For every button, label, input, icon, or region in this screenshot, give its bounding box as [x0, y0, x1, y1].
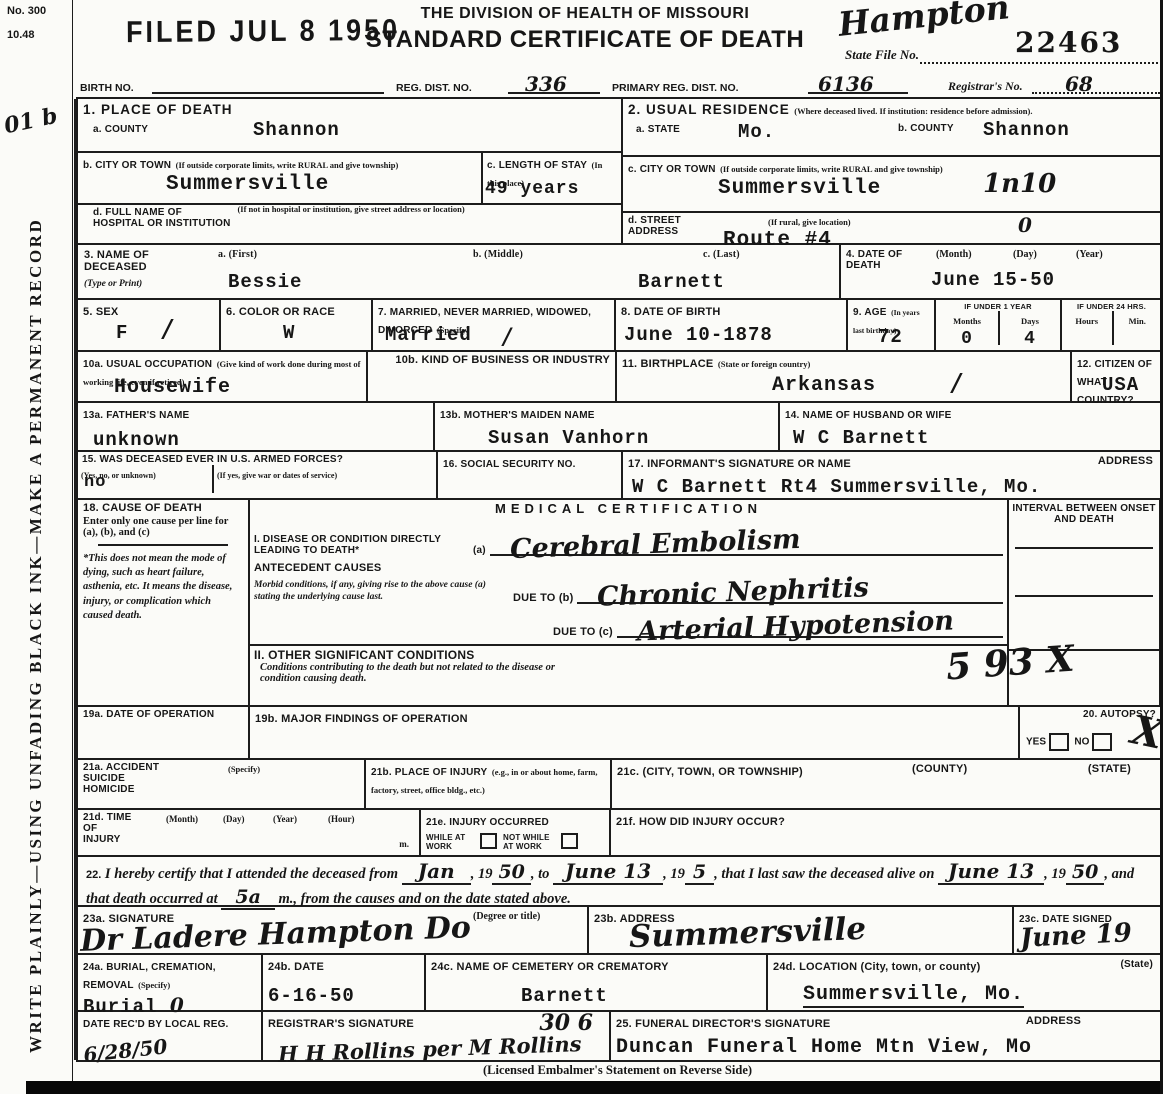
under-day-label: IF UNDER 24 HRS.: [1062, 300, 1161, 311]
row-sex-age: 5. SEX F / 6. COLOR OR RACE W 7. MARRIED…: [78, 300, 1161, 352]
autopsy-yes-label: YES: [1026, 737, 1046, 748]
scan-edge-bar: [26, 1081, 1163, 1094]
disease-a-line: Cerebral Embolism: [490, 554, 1003, 556]
section-burial-kind: 24a. BURIAL, CREMATION, REMOVAL (Specify…: [78, 955, 263, 1010]
registrar-no-label: Registrar's No.: [948, 79, 1023, 94]
document-title: STANDARD CERTIFICATE OF DEATH: [345, 26, 825, 54]
registrar-no-line: [1032, 78, 1160, 94]
under-year-label: IF UNDER 1 YEAR: [936, 300, 1060, 311]
injury-time-label: 21d. TIME OF INJURY: [83, 812, 133, 845]
birthplace-handwritten-mark: /: [952, 368, 961, 397]
county-label: a. COUNTY: [93, 124, 148, 135]
place-of-death-title: 1. PLACE OF DEATH: [83, 102, 233, 117]
section-date-signed: 23c. DATE SIGNED June 19: [1014, 907, 1161, 953]
death-date-value: June 15-50: [931, 269, 1055, 291]
row-injury-place: 21a. ACCIDENT SUICIDE HOMICIDE (Specify)…: [78, 760, 1161, 810]
section-burial-date: 24b. DATE 6-16-50: [263, 955, 426, 1010]
mother-value: Susan Vanhorn: [488, 427, 773, 449]
death-date-title: 4. DATE OF DEATH: [846, 249, 904, 271]
section-cause-sidebar: 18. CAUSE OF DEATH Enter only one cause …: [78, 500, 250, 705]
name-title: 3. NAME OF DECEASED: [84, 249, 194, 273]
injury-state-label: (STATE): [1088, 763, 1131, 775]
interval-line-b: [1015, 595, 1153, 597]
residence-city-value: Summersville: [718, 177, 881, 200]
state-file-number: 22463: [1015, 26, 1122, 59]
certify-to-value: June 13: [553, 859, 663, 885]
death-month-label: (Month): [936, 249, 972, 260]
burial-location-state-label: (State): [1120, 959, 1153, 970]
section-certify-statement: 22. I hereby certify that I attended the…: [78, 857, 1161, 905]
hospital-label: d. FULL NAME OF HOSPITAL OR INSTITUTION: [93, 207, 233, 229]
marital-handwritten-mark: /: [503, 324, 511, 350]
certify-text-4: , 19: [663, 866, 685, 882]
section-citizen: 12. CITIZEN OF WHAT COUNTRY? USA: [1072, 352, 1161, 401]
section-ssn: 16. SOCIAL SECURITY NO.: [438, 452, 623, 498]
armed-forces-value: no: [84, 473, 106, 492]
registrar-number: 68: [1065, 72, 1093, 96]
injury-month-label: (Month): [166, 814, 198, 824]
primary-reg-number: 6136: [818, 72, 874, 96]
days-label: Days: [1021, 316, 1039, 326]
residence-county-value: Shannon: [983, 119, 1070, 141]
certify-text-5: , that I last saw the deceased alive on: [714, 866, 934, 882]
section-registrar-signature: REGISTRAR'S SIGNATURE 30 6 H H Rollins p…: [263, 1012, 611, 1060]
burial-location-value: Summersville, Mo.: [803, 983, 1024, 1008]
row-occupation: 10a. USUAL OCCUPATION (Give kind of work…: [78, 352, 1161, 403]
burial-date-label: 24b. DATE: [268, 961, 324, 973]
row-registrar-funeral: DATE REC'D BY LOCAL REG. 6/28/50 REGISTR…: [78, 1012, 1161, 1060]
name-subtitle: (Type or Print): [84, 279, 142, 289]
residence-city-note: (If outside corporate limits, write RURA…: [720, 164, 943, 174]
city-note: (If outside corporate limits, write RURA…: [176, 160, 399, 170]
city-label: b. CITY OR TOWN: [83, 160, 171, 171]
birthplace-note: (State or foreign country): [718, 359, 810, 369]
residence-title: 2. USUAL RESIDENCE: [628, 102, 790, 117]
certify-to-year: 5: [685, 861, 714, 885]
section-under-one-year: IF UNDER 1 YEAR Months 0 Days 4: [936, 300, 1062, 350]
age-value: 72: [878, 326, 903, 348]
section-under-24-hrs: IF UNDER 24 HRS. Hours Min.: [1062, 300, 1161, 350]
state-file-line: [920, 62, 1158, 64]
reg-dist-label: REG. DIST. NO.: [396, 82, 472, 94]
certify-alive-year: 50: [1066, 861, 1104, 885]
funeral-director-value: Duncan Funeral Home Mtn View, Mo: [616, 1036, 1156, 1059]
funeral-address-label: ADDRESS: [1026, 1015, 1081, 1027]
street-note: (If rural, give location): [768, 217, 851, 227]
injury-m-label: m.: [399, 839, 409, 849]
residence-title-note: (Where deceased lived. If institution: r…: [794, 106, 1032, 116]
section-occupation: 10a. USUAL OCCUPATION (Give kind of work…: [78, 352, 368, 401]
occupation-label: 10a. USUAL OCCUPATION: [83, 359, 212, 370]
handwritten-surname: Hampton: [836, 0, 1011, 44]
how-injury-label: 21f. HOW DID INJURY OCCUR?: [616, 816, 785, 828]
residence-state-value: Mo.: [738, 121, 775, 143]
birthplace-label: 11. BIRTHPLACE: [622, 358, 713, 370]
section-injury-city: 21c. (CITY, TOWN, OR TOWNSHIP) (COUNTY) …: [612, 760, 1161, 808]
residence-state-label: a. STATE: [636, 124, 680, 135]
informant-address-label: ADDRESS: [1098, 455, 1153, 467]
registration-row: BIRTH NO. REG. DIST. NO. 336 PRIMARY REG…: [80, 76, 1160, 96]
spouse-label: 14. NAME OF HUSBAND OR WIFE: [785, 410, 952, 421]
first-name-label: a. (First): [218, 249, 257, 260]
autopsy-no-label: NO: [1074, 737, 1089, 748]
section-operation-findings: 19b. MAJOR FINDINGS OF OPERATION: [250, 707, 1020, 758]
row-forces-informant: 15. WAS DECEASED EVER IN U.S. ARMED FORC…: [78, 452, 1161, 500]
street-handwritten: 0: [1018, 213, 1032, 237]
disease-a-label: (a): [473, 545, 486, 556]
section-injury-occurred: 21e. INJURY OCCURRED WHILE AT WORK NOT W…: [421, 810, 611, 855]
section-place-of-death: 1. PLACE OF DEATH a. COUNTY Shannon b. C…: [78, 99, 623, 243]
section-how-injury: 21f. HOW DID INJURY OCCUR?: [611, 810, 1161, 855]
sex-handwritten-mark: /: [163, 314, 172, 343]
morbid-note: Morbid conditions, if any, giving rise t…: [254, 580, 509, 604]
last-name-value: Barnett: [638, 271, 725, 293]
section-birth-date: 8. DATE OF BIRTH June 10-1878: [616, 300, 848, 350]
age-label: 9. AGE: [853, 307, 887, 318]
other-conditions-note: Conditions contributing to the death but…: [260, 662, 590, 684]
section-father: 13a. FATHER'S NAME unknown: [78, 403, 435, 450]
ssn-label: 16. SOCIAL SECURITY NO.: [443, 459, 576, 470]
row-operation-autopsy: 19a. DATE OF OPERATION 19b. MAJOR FINDIN…: [78, 707, 1161, 760]
row-parents-spouse: 13a. FATHER'S NAME unknown 13b. MOTHER'S…: [78, 403, 1161, 452]
cause-footnote: *This does not mean the mode of dying, s…: [83, 552, 243, 623]
section-operation-date: 19a. DATE OF OPERATION: [78, 707, 250, 758]
form-code: 10.48: [7, 29, 35, 41]
birth-date-value: June 10-1878: [624, 324, 773, 346]
injury-occurred-label: 21e. INJURY OCCURRED: [426, 817, 549, 828]
mother-label: 13b. MOTHER'S MAIDEN NAME: [440, 410, 595, 421]
date-signed-value: June 19: [1019, 918, 1132, 954]
disease-label: I. DISEASE OR CONDITION DIRECTLY LEADING…: [254, 534, 469, 556]
org-title: THE DIVISION OF HEALTH OF MISSOURI: [360, 5, 810, 23]
business-label: 10b. KIND OF BUSINESS OR INDUSTRY: [373, 354, 610, 366]
marital-value: Married: [385, 324, 472, 346]
date-received-label: DATE REC'D BY LOCAL REG.: [83, 1019, 229, 1030]
section-race: 6. COLOR OR RACE W: [221, 300, 373, 350]
street-label: d. STREET ADDRESS: [628, 215, 698, 237]
section-physician-address: 23b. ADDRESS Summersville: [589, 907, 1014, 953]
section-mother: 13b. MOTHER'S MAIDEN NAME Susan Vanhorn: [435, 403, 780, 450]
margin-instruction: WRITE PLAINLY—USING UNFADING BLACK INK—M…: [26, 118, 46, 1053]
father-value: unknown: [93, 429, 428, 451]
injury-city-label: 21c. (CITY, TOWN, OR TOWNSHIP): [617, 766, 803, 778]
due-c-line: Arterial Hypotension: [617, 636, 1003, 638]
injury-place-label: 21b. PLACE OF INJURY: [371, 767, 487, 778]
section-age: 9. AGE (In years last birthday) 72: [848, 300, 936, 350]
interval-label: INTERVAL BETWEEN ONSET AND DEATH: [1009, 500, 1159, 525]
autopsy-yes-checkbox: [1049, 733, 1069, 751]
certify-text-3: , to: [531, 866, 550, 882]
cemetery-value: Barnett: [521, 985, 761, 1007]
informant-label: 17. INFORMANT'S SIGNATURE OR NAME: [628, 458, 851, 470]
informant-value: W C Barnett Rt4 Summersville, Mo.: [632, 476, 1156, 498]
physician-address-value: Summersville: [628, 911, 866, 955]
birth-no-line: [152, 78, 384, 94]
city-value: Summersville: [166, 173, 329, 196]
section-birthplace: 11. BIRTHPLACE (State or foreign country…: [617, 352, 1072, 401]
occupation-value: Housewife: [114, 376, 231, 399]
certify-text-1: I hereby certify that I attended the dec…: [105, 866, 398, 882]
father-label: 13a. FATHER'S NAME: [83, 410, 189, 421]
days-value: 4: [1000, 329, 1060, 349]
other-conditions-handwritten: 5 93 X: [945, 638, 1076, 689]
operation-findings-label: 19b. MAJOR FINDINGS OF OPERATION: [255, 713, 468, 725]
certify-alive-value: June 13: [938, 859, 1044, 885]
section-physician-signature: 23a. SIGNATURE (Degree or title) Dr Lade…: [78, 907, 589, 953]
section-marital: 7. MARRIED, NEVER MARRIED, WIDOWED, DIVO…: [373, 300, 616, 350]
certify-text-8: m., from the causes and on the date stat…: [279, 891, 571, 907]
armed-forces-label: 15. WAS DECEASED EVER IN U.S. ARMED FORC…: [78, 452, 436, 465]
section-date-of-death: 4. DATE OF DEATH (Month) (Day) (Year) Ju…: [841, 245, 1161, 298]
row-cause-of-death: 18. CAUSE OF DEATH Enter only one cause …: [78, 500, 1161, 707]
section-usual-residence: 2. USUAL RESIDENCE (Where deceased lived…: [623, 99, 1161, 243]
min-label: Min.: [1129, 316, 1146, 326]
row-burial: 24a. BURIAL, CREMATION, REMOVAL (Specify…: [78, 955, 1161, 1012]
birthplace-value: Arkansas: [772, 374, 876, 397]
certify-number: 22.: [86, 869, 101, 881]
residence-city-handwritten: 1n10: [983, 169, 1056, 199]
citizen-value: USA: [1102, 374, 1139, 396]
burial-date-value: 6-16-50: [268, 985, 419, 1007]
certify-text-2: , 19: [471, 866, 493, 882]
accident-note: (Specify): [228, 764, 260, 774]
spouse-value: W C Barnett: [793, 427, 1156, 449]
section-armed-forces: 15. WAS DECEASED EVER IN U.S. ARMED FORC…: [78, 452, 438, 498]
birth-no-label: BIRTH NO.: [80, 82, 134, 94]
section-sex: 5. SEX F /: [78, 300, 221, 350]
cause-instruction: Enter only one cause per line for (a), (…: [83, 516, 243, 538]
cemetery-label: 24c. NAME OF CEMETERY OR CREMATORY: [431, 961, 669, 973]
while-at-work-checkbox: [480, 833, 497, 849]
due-b-line: Chronic Nephritis: [577, 602, 1003, 604]
due-c-label: DUE TO (c): [553, 626, 613, 638]
registrar-signature-label: REGISTRAR'S SIGNATURE: [268, 1018, 414, 1030]
embalmer-note: (Licensed Embalmer's Statement on Revers…: [76, 1063, 1159, 1078]
row-certification: 22. I hereby certify that I attended the…: [78, 857, 1161, 907]
degree-label: (Degree or title): [473, 911, 540, 922]
cause-title: 18. CAUSE OF DEATH: [83, 502, 243, 514]
operation-date-label: 19a. DATE OF OPERATION: [83, 709, 243, 720]
sex-value: F: [116, 322, 128, 344]
section-spouse: 14. NAME OF HUSBAND OR WIFE W C Barnett: [780, 403, 1161, 450]
death-day-label: (Day): [1013, 249, 1037, 260]
other-conditions-label: II. OTHER SIGNIFICANT CONDITIONS: [254, 648, 1003, 662]
death-certificate-scan: No. 300 10.48 01 b WRITE PLAINLY—USING U…: [0, 0, 1163, 1094]
injury-county-label: (COUNTY): [912, 763, 967, 775]
section-date-received: DATE REC'D BY LOCAL REG. 6/28/50: [78, 1012, 263, 1060]
months-label: Months: [953, 316, 981, 326]
cause-c-value: Arterial Hypotension: [636, 605, 954, 647]
county-value: Shannon: [253, 119, 340, 141]
months-value: 0: [936, 329, 998, 349]
residence-county-label: b. COUNTY: [898, 123, 954, 134]
due-b-label: DUE TO (b): [513, 592, 573, 604]
row-place-residence: 1. PLACE OF DEATH a. COUNTY Shannon b. C…: [78, 99, 1161, 245]
injury-hour-label: (Hour): [328, 814, 355, 824]
section-injury-time: 21d. TIME OF INJURY (Month) (Day) (Year)…: [78, 810, 421, 855]
race-value: W: [283, 322, 295, 344]
section-medical-certification: MEDICAL CERTIFICATION I. DISEASE OR COND…: [250, 500, 1009, 705]
injury-day-label: (Day): [223, 814, 245, 824]
armed-forces-note2: (If yes, give war or dates of service): [217, 471, 337, 480]
residence-city-label: c. CITY OR TOWN: [628, 164, 716, 175]
injury-year-label: (Year): [273, 814, 297, 824]
section-cemetery: 24c. NAME OF CEMETERY OR CREMATORY Barne…: [426, 955, 768, 1010]
section-accident: 21a. ACCIDENT SUICIDE HOMICIDE (Specify): [78, 760, 366, 808]
certify-from-value: Jan: [402, 859, 471, 885]
section-autopsy: 20. AUTOPSY? YES NO X: [1020, 707, 1161, 758]
certificate-form: 1. PLACE OF DEATH a. COUNTY Shannon b. C…: [76, 97, 1163, 1062]
medical-cert-title: MEDICAL CERTIFICATION: [250, 500, 1007, 516]
autopsy-no-checkbox: [1092, 733, 1112, 751]
left-margin: No. 300 10.48 01 b WRITE PLAINLY—USING U…: [0, 0, 73, 1082]
middle-name-label: b. (Middle): [473, 249, 523, 260]
registrar-signature-value: H H Rollins per M Rollins: [278, 1030, 605, 1066]
section-business: 10b. KIND OF BUSINESS OR INDUSTRY: [368, 352, 617, 401]
first-name-value: Bessie: [228, 271, 302, 293]
interval-line-a: [1015, 547, 1153, 549]
row-physician: 23a. SIGNATURE (Degree or title) Dr Lade…: [78, 907, 1161, 955]
last-name-label: c. (Last): [703, 249, 740, 260]
form-number: No. 300: [7, 5, 46, 17]
not-while-at-work-label: NOT WHILE AT WORK: [503, 833, 555, 851]
primary-reg-label: PRIMARY REG. DIST. NO.: [612, 82, 739, 94]
birth-date-label: 8. DATE OF BIRTH: [621, 306, 721, 318]
row-name-deathdate: 3. NAME OF DECEASED (Type or Print) a. (…: [78, 245, 1161, 300]
row-injury-time: 21d. TIME OF INJURY (Month) (Day) (Year)…: [78, 810, 1161, 857]
accident-label: 21a. ACCIDENT SUICIDE HOMICIDE: [83, 762, 173, 795]
state-file-label: State File No.: [845, 47, 919, 63]
stay-label: c. LENGTH OF STAY: [487, 160, 587, 171]
race-label: 6. COLOR OR RACE: [226, 306, 335, 318]
certify-text-6: , 19: [1044, 866, 1066, 882]
hospital-note: (If not in hospital or institution, give…: [237, 204, 464, 214]
while-at-work-label: WHILE AT WORK: [426, 833, 474, 851]
section-name: 3. NAME OF DECEASED (Type or Print) a. (…: [78, 245, 841, 298]
hours-label: Hours: [1075, 316, 1098, 326]
death-year-label: (Year): [1076, 249, 1103, 260]
stay-value: 49 years: [485, 179, 579, 199]
burial-kind-note: (Specify): [138, 980, 170, 990]
section-injury-place: 21b. PLACE OF INJURY (e.g., in or about …: [366, 760, 612, 808]
sex-label: 5. SEX: [83, 306, 118, 318]
section-informant: 17. INFORMANT'S SIGNATURE OR NAME ADDRES…: [623, 452, 1161, 498]
not-while-at-work-checkbox: [561, 833, 578, 849]
section-funeral-director: 25. FUNERAL DIRECTOR'S SIGNATURE ADDRESS…: [611, 1012, 1161, 1060]
date-received-value: 6/28/50: [82, 1025, 257, 1067]
certify-from-year: 50: [492, 861, 530, 885]
reg-dist-number: 336: [525, 72, 567, 96]
funeral-director-label: 25. FUNERAL DIRECTOR'S SIGNATURE: [616, 1018, 830, 1030]
burial-location-label: 24d. LOCATION (City, town, or county): [773, 961, 980, 973]
section-burial-location: 24d. LOCATION (City, town, or county) (S…: [768, 955, 1161, 1010]
